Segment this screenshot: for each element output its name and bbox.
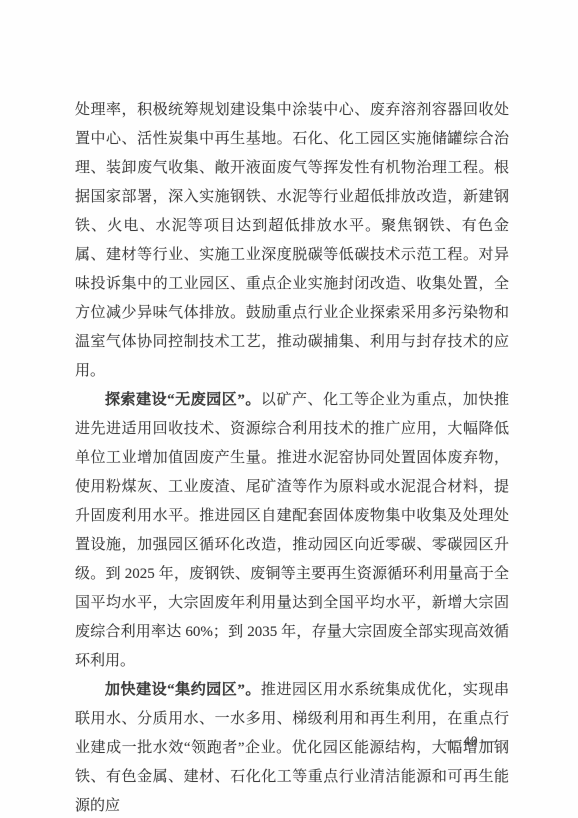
- paragraph-wufei-yuanqu-heading: 探索建设“无废园区”。: [105, 392, 261, 408]
- paragraph-jiyue-yuanqu-heading: 加快建设“集约园区”。: [105, 682, 261, 698]
- body-text: 处理率，积极统筹规划建设集中涂装中心、废弃溶剂容器回收处置中心、活性炭集中再生基…: [75, 96, 509, 818]
- paragraph-continuation: 处理率，积极统筹规划建设集中涂装中心、废弃溶剂容器回收处置中心、活性炭集中再生基…: [75, 96, 509, 386]
- paragraph-wufei-yuanqu-text: 以矿产、化工等企业为重点，加快推进先进适用回收技术、资源综合利用技术的推广应用，…: [75, 392, 509, 669]
- page-number: — 49 —: [441, 733, 501, 749]
- paragraph-continuation-text: 处理率，积极统筹规划建设集中涂装中心、废弃溶剂容器回收处置中心、活性炭集中再生基…: [75, 102, 509, 379]
- document-page: 处理率，积极统筹规划建设集中涂装中心、废弃溶剂容器回收处置中心、活性炭集中再生基…: [0, 0, 578, 818]
- paragraph-wufei-yuanqu: 探索建设“无废园区”。以矿产、化工等企业为重点，加快推进先进适用回收技术、资源综…: [75, 386, 509, 676]
